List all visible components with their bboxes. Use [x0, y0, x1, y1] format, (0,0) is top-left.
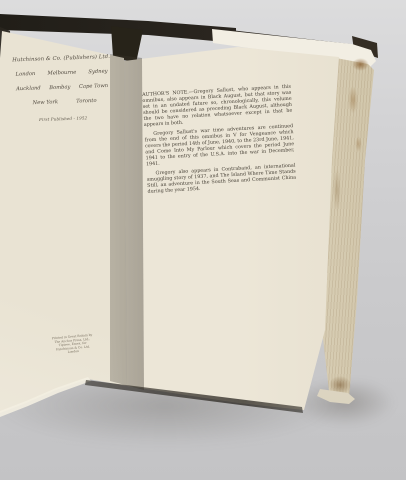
publisher-cities-row: New York Toronto	[10, 97, 116, 107]
publisher-block: Hutchinson & Co. (Publishers) Ltd. Londo…	[8, 53, 116, 123]
city: Toronto	[76, 97, 97, 104]
foxing-stain	[333, 168, 341, 212]
authors-note-paragraph: Gregory Sallust's war time adventures ar…	[144, 123, 295, 167]
authors-note-paragraph: AUTHOR'S NOTE.—Gregory Sallust, who appe…	[142, 84, 293, 128]
city: Bombay	[49, 84, 70, 91]
city: Auckland	[16, 85, 41, 92]
city: Melbourne	[47, 69, 76, 76]
foxing-stain	[348, 86, 358, 114]
authors-note: AUTHOR'S NOTE.—Gregory Sallust, who appe…	[142, 84, 297, 195]
publisher-cities-row: Auckland Bombay Cape Town	[9, 82, 115, 92]
city: Sydney	[88, 68, 107, 75]
city: London	[16, 71, 36, 78]
printer-imprint: Printed in Great Britain by The Anchor P…	[49, 333, 96, 356]
publisher-cities-row: London Melbourne Sydney	[9, 68, 115, 78]
city: New York	[33, 99, 59, 106]
city: Cape Town	[79, 83, 108, 90]
foxing-stain	[352, 58, 369, 71]
foxing-stain	[355, 136, 362, 152]
book-photograph: Hutchinson & Co. (Publishers) Ltd. Londo…	[0, 0, 406, 480]
